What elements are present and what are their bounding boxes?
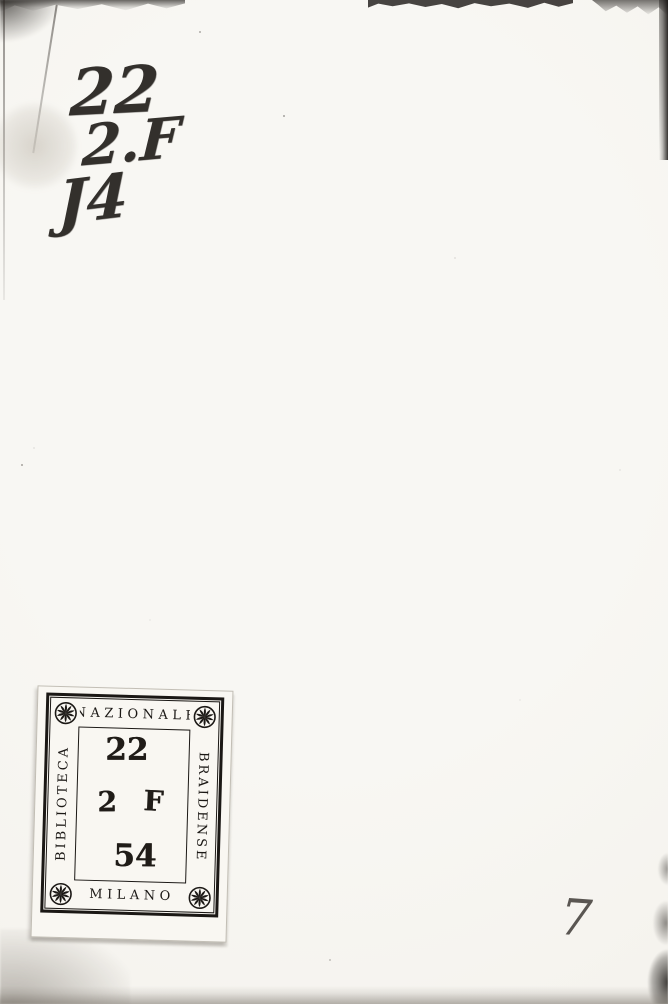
- scan-artifact-top-edge-left: [0, 0, 185, 12]
- scan-artifact-left-edge-line: [3, 0, 5, 300]
- scan-artifact-bottom-edge-band: [0, 986, 668, 1004]
- library-bookplate: NAZIONALE: [31, 685, 234, 942]
- shelfmark-row2-right: F: [143, 787, 164, 816]
- scanned-flyleaf-page: 22 2.F J4 7: [0, 0, 668, 1004]
- scan-artifact-right-edge-strip: [659, 0, 668, 160]
- rosette-icon: [184, 883, 214, 913]
- shelfmark-row2-left: 2: [97, 788, 117, 816]
- scan-artifact-scratch-line: [32, 5, 57, 153]
- shelfmark-row3: 54: [84, 841, 186, 873]
- handwritten-shelfmark-line3: J4: [58, 165, 129, 234]
- rosette-icon: [50, 698, 80, 728]
- scan-artifact-bottom-left-smudge: [0, 929, 130, 1004]
- scan-artifact-top-edge-right: [592, 0, 668, 16]
- scan-artifact-top-left-corner: [0, 0, 60, 42]
- pencil-page-number: 7: [558, 892, 593, 944]
- rosette-icon: [45, 879, 75, 909]
- bookplate-label-braidense: BRAIDENSE: [185, 731, 218, 884]
- bookplate-shelfmark-panel: 22 2 F 54: [74, 726, 190, 883]
- bookplate-label-nazionale: NAZIONALE: [79, 699, 190, 731]
- rosette-icon: [189, 702, 219, 732]
- bookplate-inner-border: NAZIONALE: [44, 697, 220, 914]
- scan-artifact-top-edge-wave: [368, 0, 573, 9]
- shelfmark-row1: 22: [79, 735, 175, 766]
- scan-artifact-bottom-right-blotch: [628, 824, 668, 1004]
- bookplate-label-milano: MILANO: [74, 879, 185, 911]
- bookplate-outer-border: NAZIONALE: [40, 693, 224, 918]
